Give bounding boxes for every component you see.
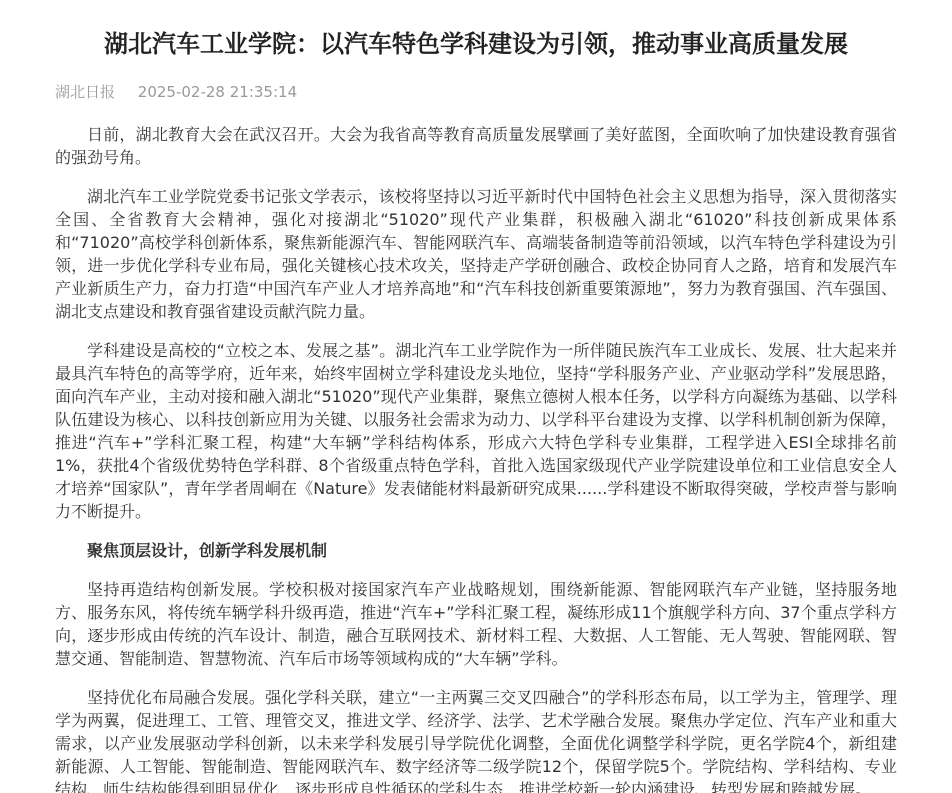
article-body: 日前，湖北教育大会在武汉召开。大会为我省高等教育高质量发展擘画了美好蓝图，全面吹… bbox=[55, 123, 897, 793]
publish-timestamp: 2025-02-28 21:35:14 bbox=[138, 83, 297, 101]
article-title: 湖北汽车工业学院：以汽车特色学科建设为引领，推动事业高质量发展 bbox=[55, 26, 897, 62]
paragraph-layout-optimization: 坚持优化布局融合发展。强化学科关联，建立“一主两翼三交叉四融合”的学科形态布局，… bbox=[55, 686, 897, 793]
paragraph-structure-innovation: 坚持再造结构创新发展。学校积极对接国家汽车产业战略规划，围绕新能源、智能网联汽车… bbox=[55, 578, 897, 670]
section-heading: 聚焦顶层设计，创新学科发展机制 bbox=[55, 539, 897, 562]
paragraph-secretary-statement: 湖北汽车工业学院党委书记张文学表示，该校将坚持以习近平新时代中国特色社会主义思想… bbox=[55, 185, 897, 323]
article-page: 湖北汽车工业学院：以汽车特色学科建设为引领，推动事业高质量发展 湖北日报 202… bbox=[0, 0, 952, 793]
source-name: 湖北日报 bbox=[55, 83, 115, 101]
paragraph-discipline-building: 学科建设是高校的“立校之本、发展之基”。湖北汽车工业学院作为一所伴随民族汽车工业… bbox=[55, 339, 897, 523]
article-meta: 湖北日报 2025-02-28 21:35:14 bbox=[55, 82, 897, 102]
paragraph-intro: 日前，湖北教育大会在武汉召开。大会为我省高等教育高质量发展擘画了美好蓝图，全面吹… bbox=[55, 123, 897, 169]
